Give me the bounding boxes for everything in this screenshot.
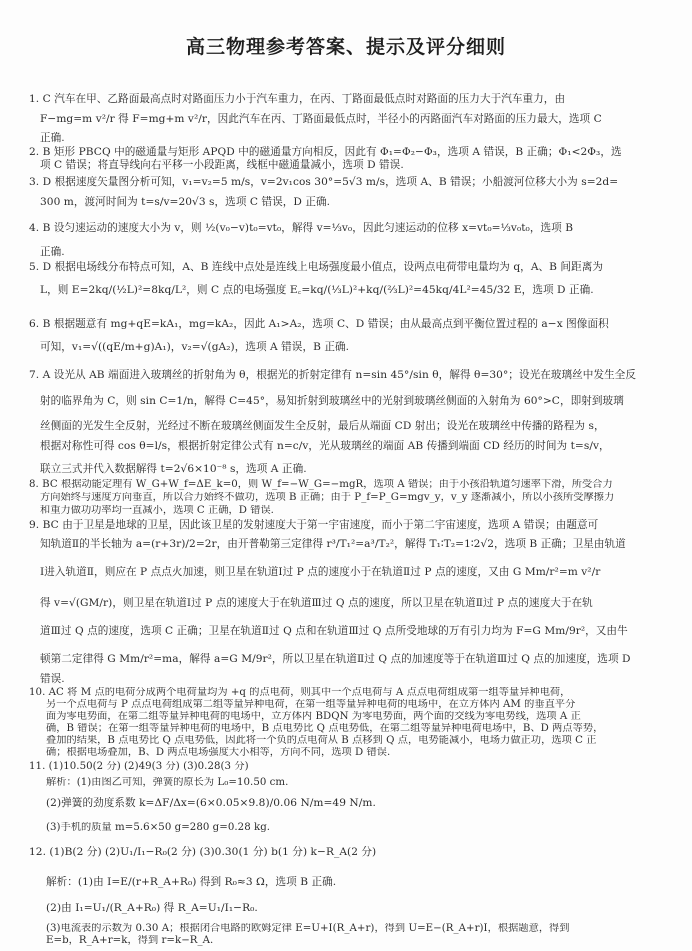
answer-line: 2. B 矩形 PBCQ 中的磁通量与矩形 APQD 中的磁通量方向相反，因此有… xyxy=(29,146,689,159)
answer-line: 叠加的结果，B 点电势比 Q 点电势低，因此将一个负的点电荷从 B 点移到 Q … xyxy=(46,735,686,747)
answer-line: 7. A 设光从 AB 端面进入玻璃丝的折射角为 θ，根据光的折射定律有 n=s… xyxy=(29,369,689,382)
answer-line: 确；根据电场叠加，B、D 两点电场强度大小相等，方向不同，选项 D 错误. xyxy=(46,747,686,759)
answer-line: (2)由 I₁=U₁/(R_A+R₀) 得 R_A=U₁/I₁−R₀. xyxy=(46,902,686,915)
answer-line: 面为零电势面，在第二组等量异种电荷的电场中，立方体内 BDQN 为零电势面，两个… xyxy=(46,711,686,723)
answer-line: 解析：(1)由图乙可知，弹簧的原长为 L₀=10.50 cm. xyxy=(46,777,686,789)
answer-line: L，则 E=2kq/(½L)²=8kq/L²，则 C 点的电场强度 E꜀=kq/… xyxy=(40,284,690,297)
answer-line: 8. BC 根据动能定理有 W_G+W_f=ΔE_k=0，则 W_f=−W_G=… xyxy=(29,479,689,491)
answer-line: 正确. xyxy=(40,132,690,145)
answer-line: 知轨道Ⅱ的半长轴为 a=(r+3r)/2=2r，由开普勒第三定律得 r³/T₁²… xyxy=(40,538,690,551)
answer-line: 另一个点电荷与 P 点点电荷组成第二组等量异种电荷，在第一组等量异种电荷的电场中… xyxy=(46,699,686,711)
answer-line: 错误. xyxy=(40,673,690,686)
answer-line: 6. B 根据题意有 mg+qE=kA₁，mg=kA₂，因此 A₁>A₂，选项 … xyxy=(29,318,689,331)
answer-line: 联立三式并代入数据解得 t=2√6×10⁻⁸ s，选项 A 正确. xyxy=(40,463,690,476)
answer-line: 确，B 错误；在第一组等量异种电荷的电场中，B 点电势比 Q 点电势低，在第二组… xyxy=(46,723,686,735)
answer-line: 方向始终与速度方向垂直，所以合力始终不做功，选项 B 正确；由于 P_f=P_G… xyxy=(40,492,690,504)
answer-line: 3. D 根据速度矢量图分析可知，v₁=v₂=5 m/s，v=2v₁cos 30… xyxy=(29,176,689,189)
answer-line: F−mg=m v²/r 得 F=mg+m v²/r，因此汽车在丙、丁路面最低点时… xyxy=(40,113,690,126)
answer-line: 顿第二定律得 G Mm/r²=ma，解得 a=G M/9r²，所以卫星在轨道Ⅱ过… xyxy=(40,653,690,666)
answer-line: 300 m，渡河时间为 t=s/v=20√3 s，选项 C 错误，D 正确. xyxy=(40,196,690,209)
answer-line: 项 C 错误；将直导线向右平移一小段距离，线框中磁通量减小，选项 D 错误. xyxy=(40,159,690,172)
answer-line: 正确. xyxy=(40,246,690,259)
answer-line: 10. AC 将 M 点的电荷分成两个电荷量均为 +q 的点电荷，则其中一个点电… xyxy=(29,687,689,699)
answer-line: 11. (1)10.50(2 分) (2)49(3 分) (3)0.28(3 分… xyxy=(29,761,689,773)
answer-line: 12. (1)B(2 分) (2)U₁/I₁−R₀(2 分) (3)0.30(1… xyxy=(29,846,689,859)
answer-line: 9. BC 由于卫星是地球的卫星，因此该卫星的发射速度大于第一宇宙速度，而小于第… xyxy=(29,519,689,532)
answer-line: 1. C 汽车在甲、乙路面最高点时对路面压力小于汽车重力，在丙、丁路面最低点时对… xyxy=(29,93,689,106)
answer-line: E=b，R_A+r=k，得到 r=k−R_A. xyxy=(46,935,686,947)
document-page: 高三物理参考答案、提示及评分细则 1. C 汽车在甲、乙路面最高点时对路面压力小… xyxy=(0,0,692,951)
answer-line: (3)手机的质量 m=5.6×50 g=280 g=0.28 kg. xyxy=(46,822,686,834)
answer-line: 4. B 设匀速运动的速度大小为 v，则 ½(v₀−v)t₀=vt₀，解得 v=… xyxy=(29,222,689,235)
answer-line: Ⅰ进入轨道Ⅱ，则应在 P 点点火加速，则卫星在轨道Ⅰ过 P 点的速度小于在轨道Ⅱ… xyxy=(40,566,690,579)
answer-line: 根据对称性可得 cos θ=l/s，根据折射定律公式有 n=c/v，光从玻璃丝的… xyxy=(40,440,690,453)
answer-line: 道Ⅲ过 Q 点的速度，选项 C 正确；卫星在轨道Ⅱ过 Q 点和在轨道Ⅲ过 Q 点… xyxy=(40,625,690,638)
answer-line: (3)电流表的示数为 0.30 A；根据闭合电路的欧姆定律 E=U+I(R_A+… xyxy=(46,923,686,935)
answer-line: 射的临界角为 C，则 sin C=1/n，解得 C=45°，易知折射到玻璃丝中的… xyxy=(40,395,690,408)
answer-line: 可知，v₁=√((qE/m+g)A₁)，v₂=√(gA₂)，选项 A 错误，B … xyxy=(40,341,690,354)
answer-line: (2)弹簧的劲度系数 k=ΔF/Δx=(6×0.05×9.8)/0.06 N/m… xyxy=(46,797,686,810)
answer-line: 解析：(1)由 I=E/(r+R_A+R₀) 得到 R₀≈3 Ω，选项 B 正确… xyxy=(46,876,686,889)
answer-line: 和重力做功功率均一直减小，选项 C 正确，D 错误. xyxy=(40,505,690,517)
answer-line: 得 v=√(GM/r)，则卫星在轨道Ⅰ过 P 点的速度大于在轨道Ⅲ过 Q 点的速… xyxy=(40,597,690,610)
answer-line: 5. D 根据电场线分布特点可知，A、B 连线中点处是连线上电场强度最小值点，设… xyxy=(29,261,689,274)
document-title: 高三物理参考答案、提示及评分细则 xyxy=(0,32,692,59)
answer-line: 丝侧面的光发生全反射，光经过不断在玻璃丝侧面发生全反射，最后从端面 CD 射出；… xyxy=(40,420,690,433)
